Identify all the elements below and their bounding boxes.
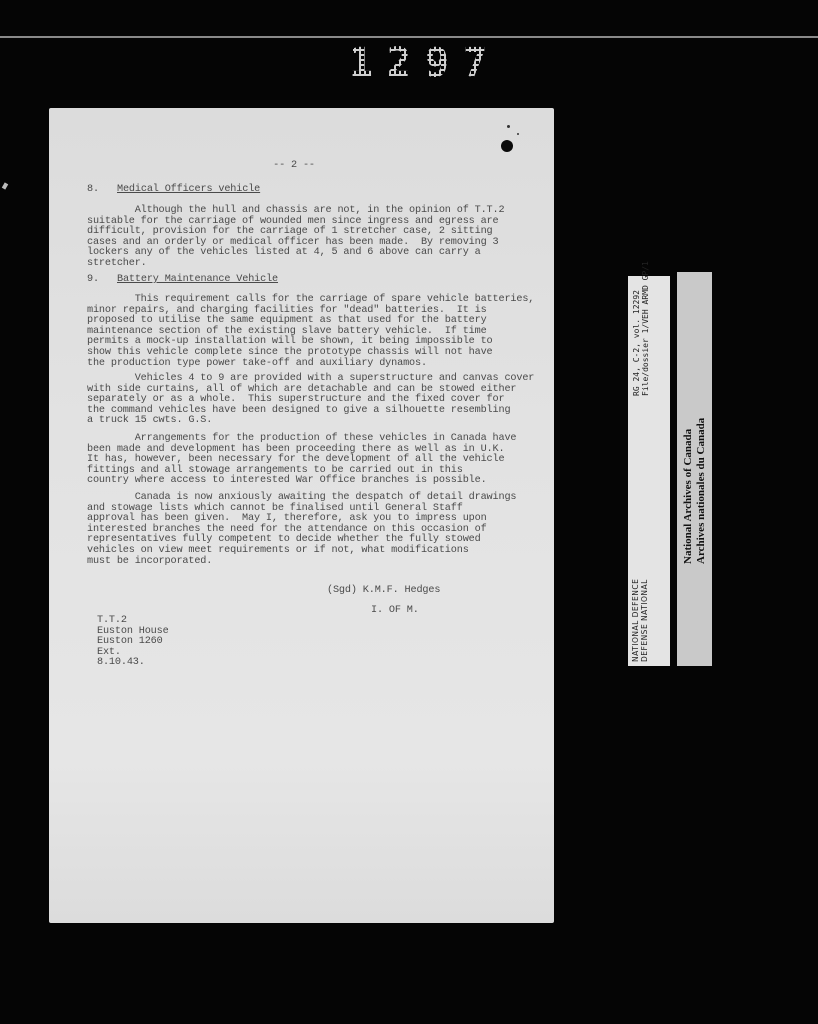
archive-reference-strip: RG 24, C-2, vol. 12292 File/dossier 1/VE… [628, 276, 670, 666]
section-8-number: 8. [87, 185, 99, 196]
speck [507, 125, 510, 128]
signature-title: I. OF M. [371, 606, 419, 617]
film-mark [2, 182, 8, 189]
page-number: -- 2 -- [49, 161, 539, 172]
section-9-heading: Battery Maintenance Vehicle [117, 275, 278, 286]
signature: (Sgd) K.M.F. Hedges [327, 586, 440, 597]
section-8-body: Although the hull and chassis are not, i… [87, 206, 504, 270]
section-9-number: 9. [87, 275, 99, 286]
archive-name: National Archives of Canada Archives nat… [682, 418, 708, 564]
paragraph-superstructure: Vehicles 4 to 9 are provided with a supe… [87, 374, 534, 427]
speck [517, 133, 519, 135]
section-9-body: This requirement calls for the carriage … [87, 295, 534, 369]
paragraph-production: Arrangements for the production of these… [87, 434, 516, 487]
punch-hole [501, 140, 513, 152]
frame-number: 1297 [340, 40, 510, 86]
film-edge-line [0, 36, 818, 38]
archive-name-strip: National Archives of Canada Archives nat… [677, 272, 712, 666]
paragraph-drawings: Canada is now anxiously awaiting the des… [87, 493, 516, 567]
department-label: NATIONAL DEFENCE DEFENSE NATIONAL [632, 579, 649, 662]
address-block: T.T.2 Euston House Euston 1260 Ext. 8.10… [97, 616, 169, 669]
section-8-heading: Medical Officers vehicle [117, 185, 260, 196]
document-page: -- 2 -- 8. Medical Officers vehicle Alth… [49, 108, 554, 923]
archive-reference: RG 24, C-2, vol. 12292 File/dossier 1/VE… [632, 261, 650, 396]
